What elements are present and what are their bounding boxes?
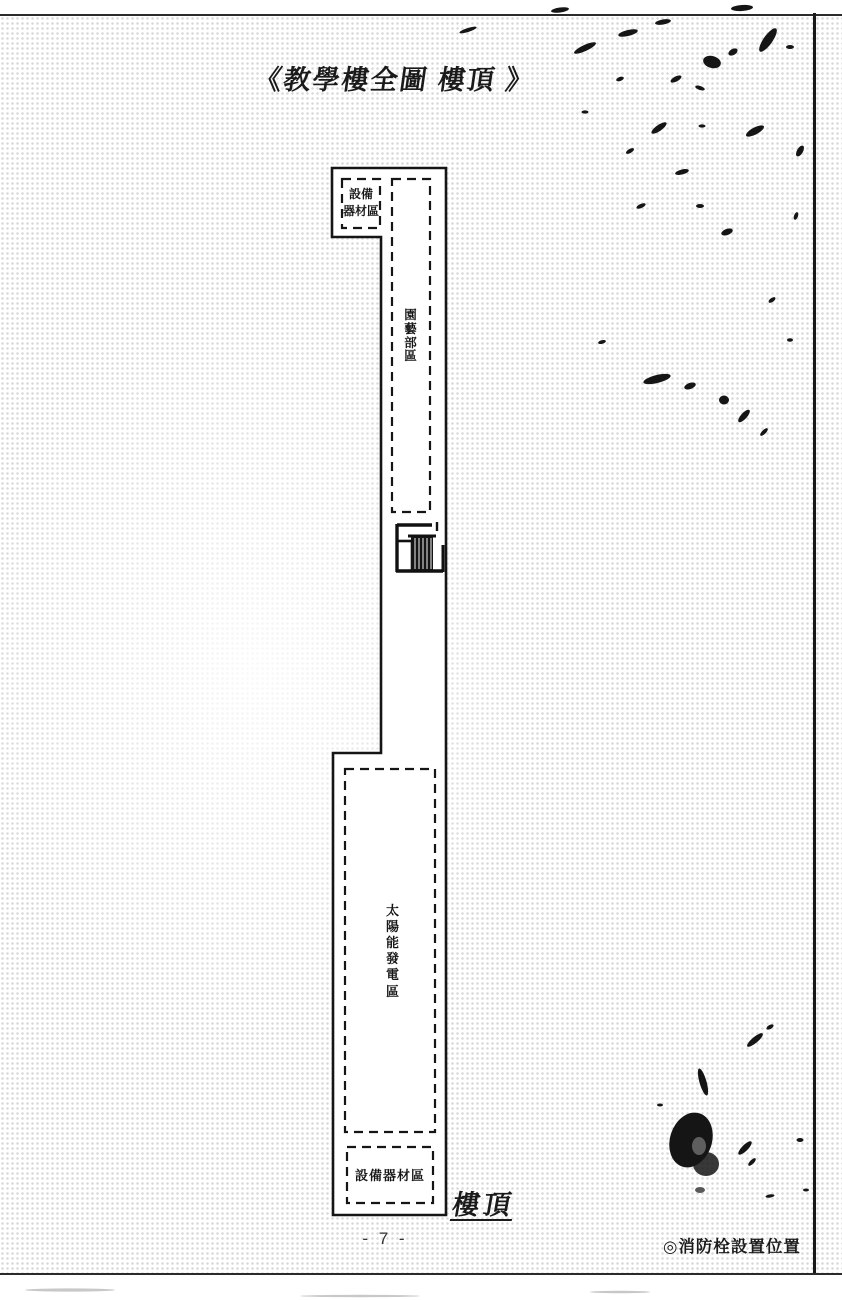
label-solar-area: 太陽能發電區 <box>385 903 400 1000</box>
fire-hydrant-legend: ◎消防栓設置位置 <box>663 1233 801 1257</box>
label-equipment-area-top: 設備 器材區 <box>341 186 381 221</box>
scanned-page: 《教學樓全圖 樓頂 》 設備 器材區 園藝部區 太陽 <box>0 0 842 1300</box>
floor-plan <box>0 0 842 1300</box>
label-garden-area: 園藝部區 <box>403 309 418 364</box>
label-equipment-area-bottom: 設備器材區 <box>347 1165 433 1184</box>
page-number: - 7 - <box>350 1229 420 1249</box>
floor-label: 樓頂 <box>450 1183 519 1222</box>
